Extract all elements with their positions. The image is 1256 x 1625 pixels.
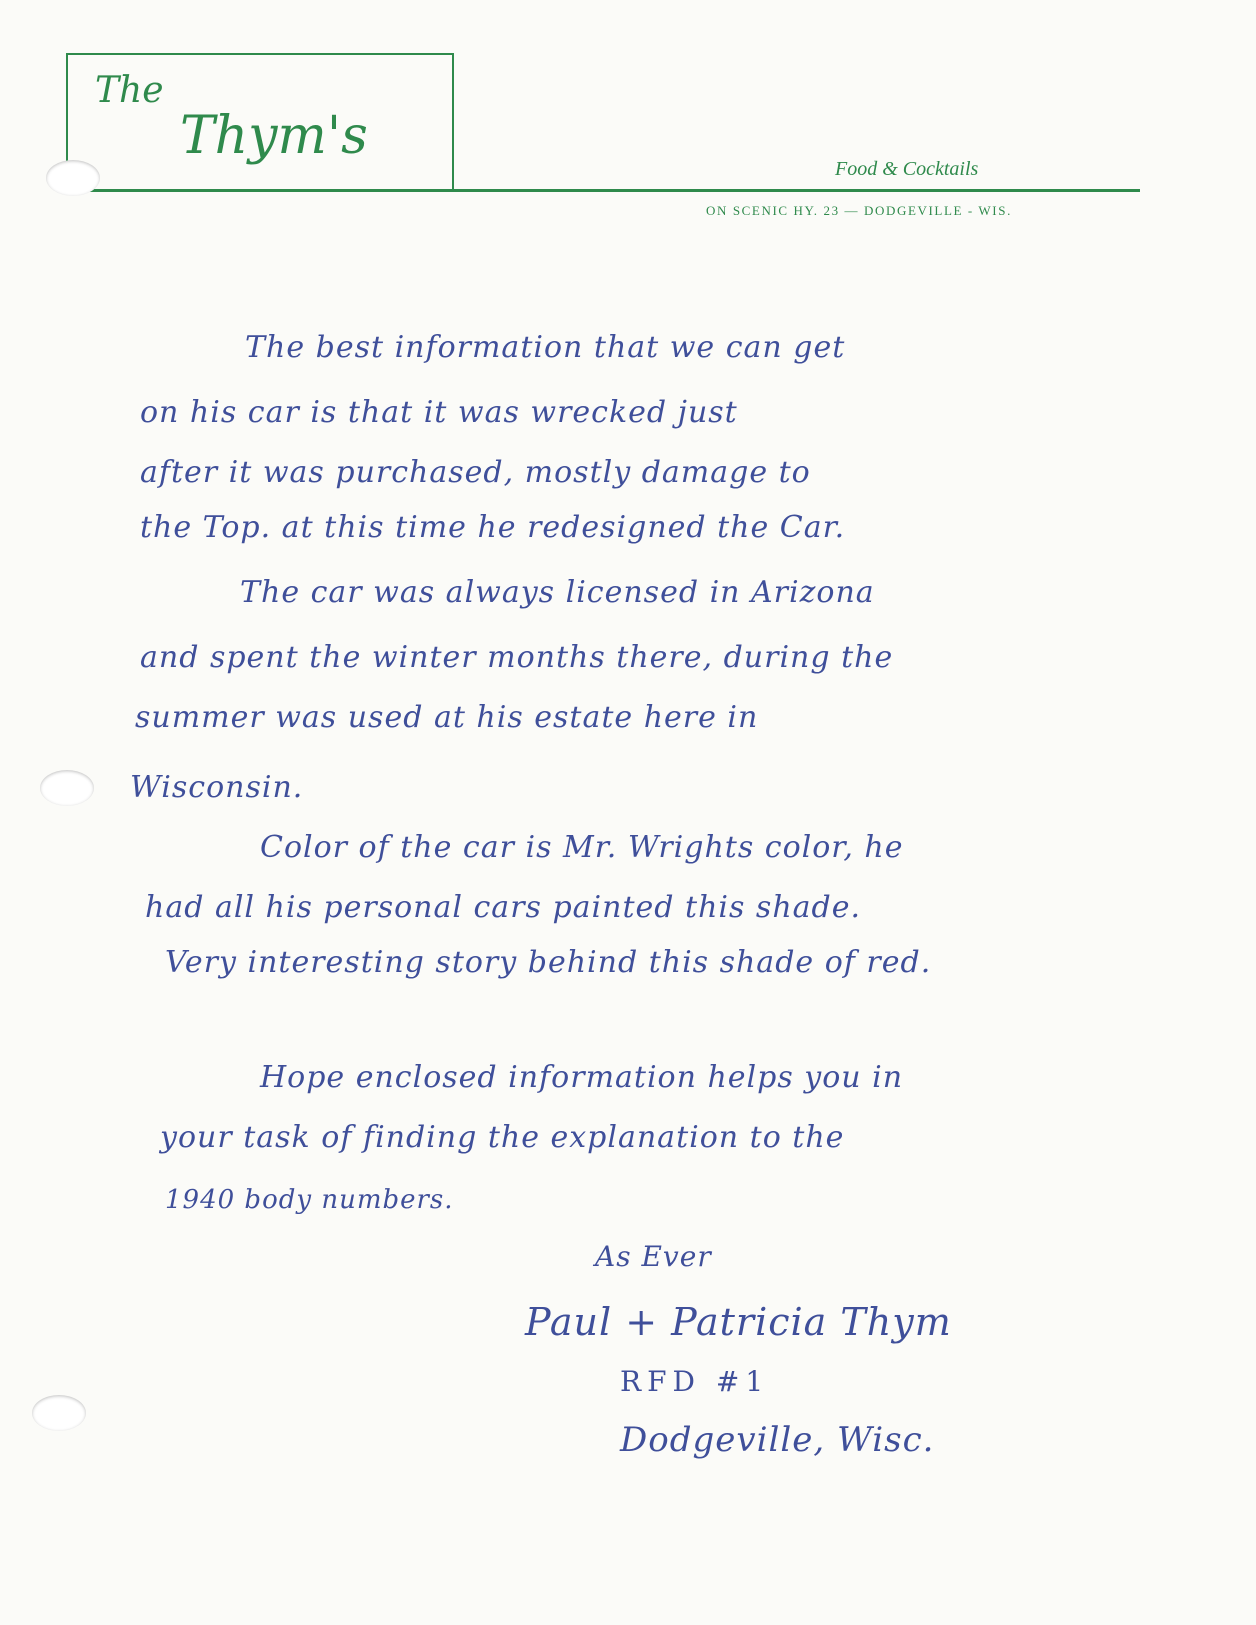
letter-line: The best information that we can get	[245, 330, 845, 365]
letter-line: the Top. at this time he redesigned the …	[140, 510, 845, 545]
letter-line: The car was always licensed in Arizona	[240, 575, 875, 610]
punch-hole-bottom	[32, 1395, 86, 1431]
letter-line: on his car is that it was wrecked just	[140, 395, 738, 430]
letterhead-the: The	[95, 70, 164, 111]
letterhead-tagline: Food & Cocktails	[835, 158, 978, 181]
punch-hole-top	[46, 160, 100, 196]
letter-line: Wisconsin.	[130, 770, 303, 805]
punch-hole-middle	[40, 770, 94, 806]
letter-line: after it was purchased, mostly damage to	[140, 455, 811, 490]
letter-line: Very interesting story behind this shade…	[165, 945, 931, 980]
letter-line: had all his personal cars painted this s…	[145, 890, 861, 925]
letter-line: and spent the winter months there, durin…	[140, 640, 893, 675]
sender-address-line1: RFD #1	[620, 1365, 769, 1398]
signature: Paul + Patricia Thym	[525, 1300, 952, 1344]
letter-line: your task of finding the explanation to …	[160, 1120, 844, 1155]
letter-line: summer was used at his estate here in	[135, 700, 758, 735]
letterhead-name: Thym's	[180, 106, 368, 166]
letterhead-rule	[66, 189, 1140, 192]
letter-line: Color of the car is Mr. Wrights color, h…	[260, 830, 904, 865]
letter-line: Hope enclosed information helps you in	[260, 1060, 903, 1095]
letterhead-address: ON SCENIC HY. 23 — DODGEVILLE - WIS.	[706, 203, 1012, 219]
sender-address-line2: Dodgeville, Wisc.	[620, 1420, 934, 1460]
closing: As Ever	[595, 1240, 712, 1273]
letter-line: 1940 body numbers.	[165, 1185, 454, 1215]
